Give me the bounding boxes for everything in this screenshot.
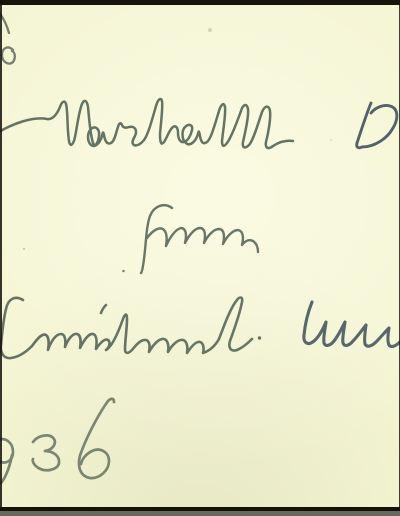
handwriting-svg [0, 0, 400, 516]
handwriting-initial-d [357, 103, 397, 148]
handwriting-from [141, 205, 258, 273]
handwriting-recipient [0, 99, 397, 148]
handwriting-year [0, 399, 114, 483]
handwriting-occasion [1, 298, 400, 359]
period-mark [258, 336, 261, 339]
handwriting-to [0, 14, 15, 64]
scanned-card: To Marshall D from Christmas. Un 936 [0, 0, 400, 516]
paper-specks [23, 28, 332, 272]
